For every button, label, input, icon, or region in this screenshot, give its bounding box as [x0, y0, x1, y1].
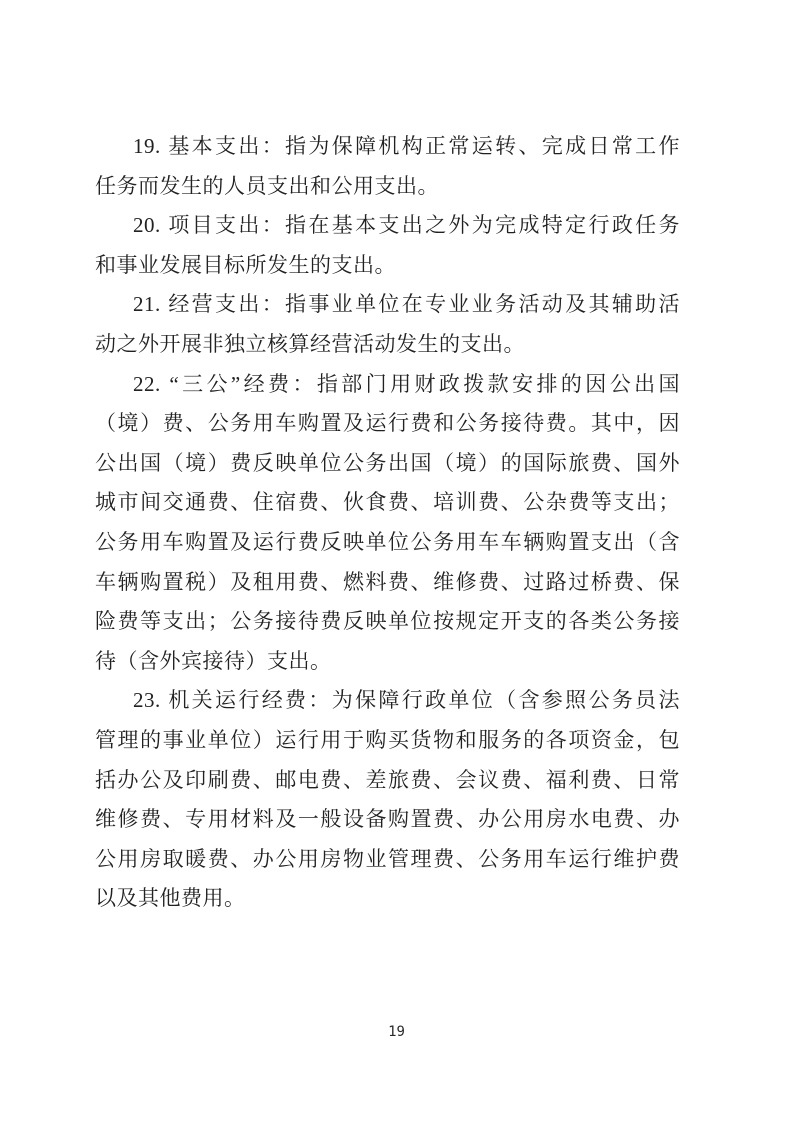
paragraph-19: 19. 基本支出：指为保障机构正常运转、完成日常工作任务而发生的人员支出和公用支… — [95, 127, 680, 206]
text-line: 22. “三公”经费：指部门用财政拨款安排的因公出国 — [95, 365, 680, 405]
text-line: 20. 项目支出：指在基本支出之外为完成特定行政任务 — [95, 206, 680, 246]
text-line: 23. 机关运行经费：为保障行政单位（含参照公务员法 — [95, 681, 680, 721]
page-number: 19 — [0, 1024, 793, 1040]
paragraph-23: 23. 机关运行经费：为保障行政单位（含参照公务员法管理的事业单位）运行用于购买… — [95, 681, 680, 919]
text-line: 城市间交通费、住宿费、伙食费、培训费、公杂费等支出； — [95, 483, 680, 523]
text-line: 19. 基本支出：指为保障机构正常运转、完成日常工作 — [95, 127, 680, 167]
text-line: 21. 经营支出：指事业单位在专业业务活动及其辅助活 — [95, 285, 680, 325]
text-line: 以及其他费用。 — [95, 879, 680, 919]
text-line: 车辆购置税）及租用费、燃料费、维修费、过路过桥费、保 — [95, 563, 680, 603]
paragraph-22: 22. “三公”经费：指部门用财政拨款安排的因公出国（境）费、公务用车购置及运行… — [95, 365, 680, 682]
body-text: 19. 基本支出：指为保障机构正常运转、完成日常工作任务而发生的人员支出和公用支… — [95, 127, 680, 919]
text-line: 括办公及印刷费、邮电费、差旅费、会议费、福利费、日常 — [95, 761, 680, 801]
paragraph-20: 20. 项目支出：指在基本支出之外为完成特定行政任务和事业发展目标所发生的支出。 — [95, 206, 680, 285]
text-line: 任务而发生的人员支出和公用支出。 — [95, 167, 680, 207]
text-line: 待（含外宾接待）支出。 — [95, 642, 680, 682]
text-line: 管理的事业单位）运行用于购买货物和服务的各项资金，包 — [95, 721, 680, 761]
text-line: 公出国（境）费反映单位公务出国（境）的国际旅费、国外 — [95, 444, 680, 484]
text-line: 和事业发展目标所发生的支出。 — [95, 246, 680, 286]
text-line: 公务用车购置及运行费反映单位公务用车车辆购置支出（含 — [95, 523, 680, 563]
text-line: 维修费、专用材料及一般设备购置费、办公用房水电费、办 — [95, 800, 680, 840]
paragraph-21: 21. 经营支出：指事业单位在专业业务活动及其辅助活动之外开展非独立核算经营活动… — [95, 285, 680, 364]
text-line: 公用房取暖费、办公用房物业管理费、公务用车运行维护费 — [95, 840, 680, 880]
text-line: 险费等支出；公务接待费反映单位按规定开支的各类公务接 — [95, 602, 680, 642]
text-line: （境）费、公务用车购置及运行费和公务接待费。其中，因 — [95, 404, 680, 444]
text-line: 动之外开展非独立核算经营活动发生的支出。 — [95, 325, 680, 365]
document-page: 19. 基本支出：指为保障机构正常运转、完成日常工作任务而发生的人员支出和公用支… — [0, 0, 793, 1122]
